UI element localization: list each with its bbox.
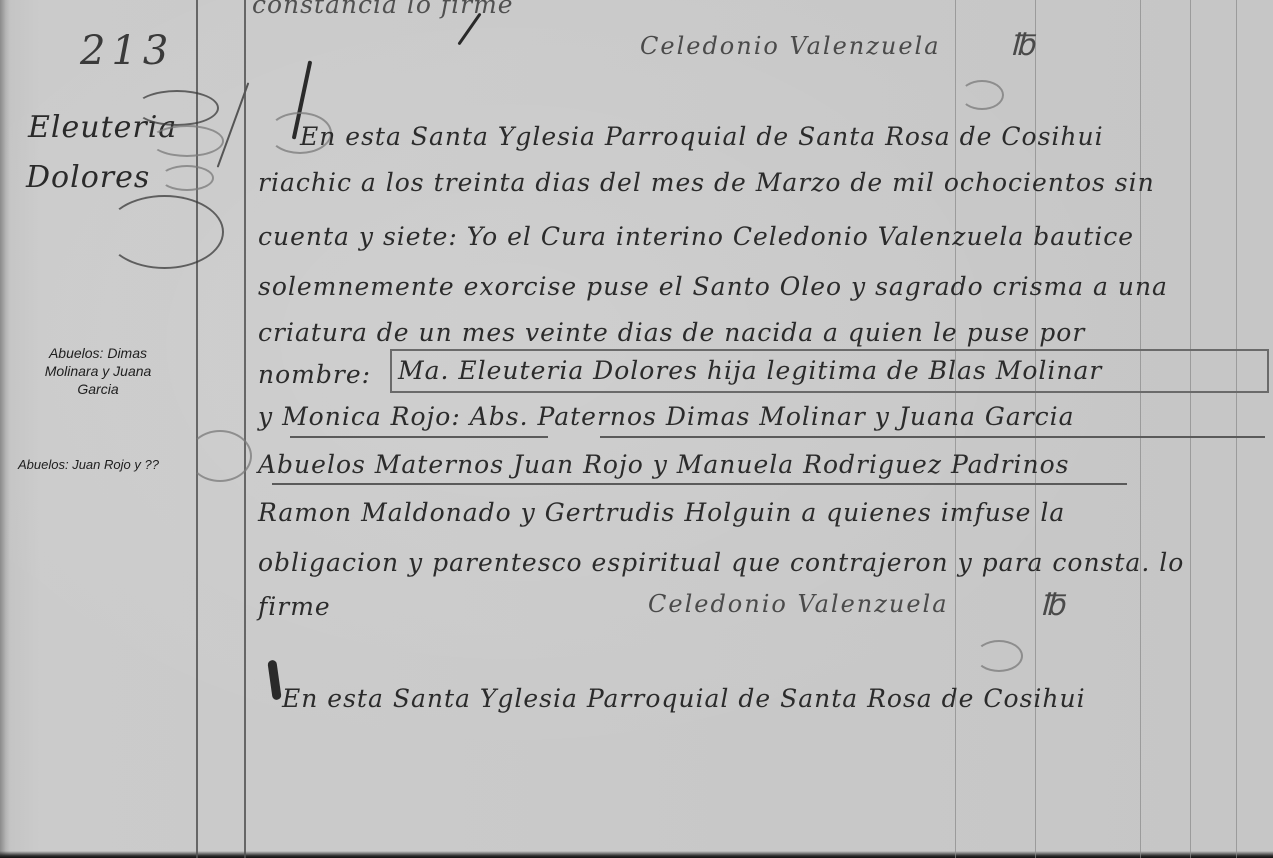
register-page: constancia lo firme Celedonio Valenzuela… [0,0,1273,858]
margin-flourish [188,430,252,482]
underline-maternal [272,483,1127,485]
margin-flourish-large [105,195,224,269]
column-rule-line [1190,0,1191,858]
margin-flourish [150,125,224,157]
margin-name-second: Dolores [26,160,150,195]
column-rule-line [1236,0,1237,858]
entry-line-7: y Monica Rojo: Abs. Paternos Dimas Molin… [258,402,1075,431]
entry-line-6-prefix: nombre: [258,360,371,389]
annotation-paternal-grandparents: Abuelos: Dimas Molinara y Juana Garcia [18,344,178,398]
entry-line-9: Ramon Maldonado y Gertrudis Holguin a qu… [258,498,1065,527]
margin-rule-line [244,0,246,858]
rubric-flourish [975,640,1023,672]
entry-line-8: Abuelos Maternos Juan Rojo y Manuela Rod… [258,450,1070,479]
entry-line-4: solemnemente exorcise puse el Santo Oleo… [258,272,1168,301]
margin-flourish [160,165,214,191]
rubric-mark: ℔ [1040,588,1067,623]
page-bottom-edge [0,851,1273,858]
entry-line-10: obligacion y parentesco espiritual que c… [258,548,1184,577]
previous-entry-closing: constancia lo firme [252,0,514,19]
entry-line-3: cuenta y siete: Yo el Cura interino Cele… [258,222,1134,251]
next-entry-line-1: En esta Santa Yglesia Parroquial de Sant… [282,684,1086,713]
entry-line-1: En esta Santa Yglesia Parroquial de Sant… [300,122,1104,151]
underline-paternal-b [600,436,1265,438]
next-entry-initial-blot [267,660,281,701]
rubric-flourish [960,80,1004,110]
previous-signature: Celedonio Valenzuela [640,32,941,60]
column-rule-line [1140,0,1141,858]
annotation-maternal-grandparents: Abuelos: Juan Rojo y ?? [18,456,188,474]
highlighted-name: Ma. Eleuteria Dolores hija legitima de B… [398,356,1102,385]
entry-line-5: criatura de un mes veinte dias de nacida… [258,318,1085,347]
entry-number: 213 [80,28,174,74]
entry-line-2: riachic a los treinta dias del mes de Ma… [258,168,1155,197]
rubric-mark: ℔ [1010,28,1037,63]
underline-paternal-a [290,436,548,438]
margin-flourish [135,90,219,126]
page-left-edge [0,0,10,858]
entry-line-11: firme [258,592,331,621]
priest-signature: Celedonio Valenzuela [648,590,949,618]
